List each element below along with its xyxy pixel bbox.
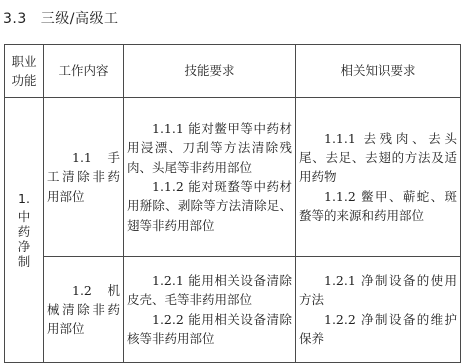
knowledge-item: 1.2.2 净制设备的维护保养 xyxy=(299,310,457,349)
knowledge-item: 1.1.2 鳖甲、蕲蛇、斑蝥等的来源和药用部位 xyxy=(299,187,457,226)
table-row: 1.2 机械清除非药用部位 1.2.1 能用相关设备清除皮壳、毛等非药用部位 1… xyxy=(5,257,461,363)
skills-cell: 1.2.1 能用相关设备清除皮壳、毛等非药用部位 1.2.2 能用相关设备清除核… xyxy=(124,257,296,363)
table-header-row: 职业 功能 工作内容 技能要求 相关知识要求 xyxy=(5,45,461,98)
header-function-line1: 职业 xyxy=(5,52,43,71)
skill-item: 1.1.1 能对鳖甲等中药材用浸漂、刀刮等方法清除残肉、头尾等非药用部位 xyxy=(127,119,292,177)
section-heading: 3.3三级/高级工 xyxy=(3,8,118,28)
skill-item: 1.2.1 能用相关设备清除皮壳、毛等非药用部位 xyxy=(127,271,292,310)
function-name: 中药净制 xyxy=(17,209,31,269)
table-row: 1. 中药净制 1.1 手工清除非药用部位 1.1.1 能对鳖甲等中药材用浸漂、… xyxy=(5,98,461,257)
header-skills: 技能要求 xyxy=(124,45,296,98)
knowledge-cell: 1.1.1 去残肉、去头尾、去足、去翅的方法及适用药物 1.1.2 鳖甲、蕲蛇、… xyxy=(296,98,461,257)
function-cell: 1. 中药净制 xyxy=(5,98,44,363)
skills-cell: 1.1.1 能对鳖甲等中药材用浸漂、刀刮等方法清除残肉、头尾等非药用部位 1.1… xyxy=(124,98,296,257)
content-cell: 1.1 手工清除非药用部位 xyxy=(44,98,124,257)
skill-item: 1.2.2 能用相关设备清除核等非药用部位 xyxy=(127,310,292,349)
header-content: 工作内容 xyxy=(44,45,124,98)
knowledge-item: 1.1.1 去残肉、去头尾、去足、去翅的方法及适用药物 xyxy=(299,129,457,187)
header-function-line2: 功能 xyxy=(5,71,43,90)
section-number: 3.3 xyxy=(3,11,27,27)
content-cell: 1.2 机械清除非药用部位 xyxy=(44,257,124,363)
content-text: 1.2 机械清除非药用部位 xyxy=(47,281,120,339)
header-knowledge: 相关知识要求 xyxy=(296,45,461,98)
knowledge-item: 1.2.1 净制设备的使用方法 xyxy=(299,271,457,310)
content-text: 1.1 手工清除非药用部位 xyxy=(47,148,120,206)
knowledge-cell: 1.2.1 净制设备的使用方法 1.2.2 净制设备的维护保养 xyxy=(296,257,461,363)
header-function: 职业 功能 xyxy=(5,45,44,98)
section-title: 三级/高级工 xyxy=(41,11,119,27)
skill-item: 1.1.2 能对斑蝥等中药材用掰除、剥除等方法清除足、翅等非药用部位 xyxy=(127,177,292,235)
function-number: 1. xyxy=(17,191,31,206)
standards-table: 职业 功能 工作内容 技能要求 相关知识要求 1. 中药净制 1.1 手工清除非… xyxy=(4,44,461,363)
